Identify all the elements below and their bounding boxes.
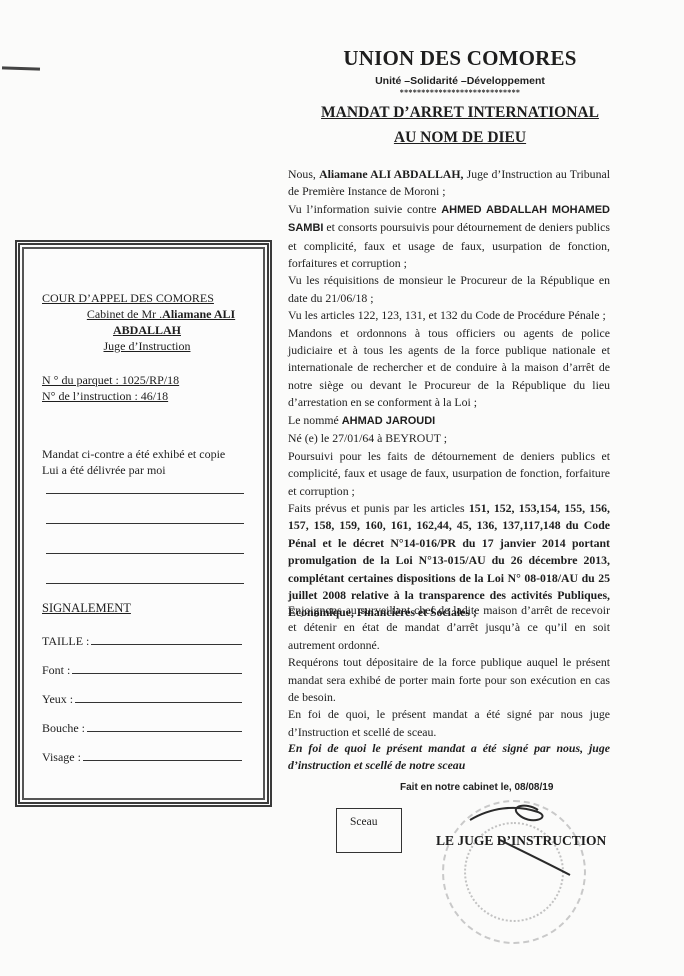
judge-role: Juge d’Instruction — [42, 338, 252, 354]
signature-icon — [460, 800, 580, 880]
sceau-box: Sceau — [336, 808, 402, 853]
judge-paragraph: Nous, Aliamane ALI ABDALLAH, Juge d’Inst… — [288, 166, 610, 201]
enjoin-paragraph: Enjoignons au surveillant chef de ladite… — [288, 602, 610, 654]
exhibit-text-2: Lui a été délivrée par moi — [42, 462, 252, 478]
mandate-closing: En foi de quoi le présent mandat a été s… — [288, 740, 610, 775]
signalement-title: SIGNALEMENT — [42, 600, 252, 616]
birth-line: Né (e) le 27/01/64 à BEYROUT ; — [288, 430, 610, 447]
mandate-body-part2: Le nommé AHMAD JAROUDI Né (e) le 27/01/6… — [288, 412, 610, 622]
parquet-number: N ° du parquet : 1025/RP/18 — [42, 372, 252, 388]
court-name: COUR D’APPEL DES COMORES — [42, 290, 252, 306]
requisitions-paragraph: Vu les réquisitions de monsieur le Procu… — [288, 272, 610, 307]
mandat-subtitle: AU NOM DE DIEU — [290, 128, 630, 147]
field-bouche[interactable]: Bouche : — [42, 707, 252, 736]
country-title: UNION DES COMORES — [290, 46, 630, 71]
instruction-number: N° de l’instruction : 46/18 — [42, 388, 252, 404]
named-person: AHMAD JAROUDI — [342, 415, 436, 427]
information-paragraph: Vu l’information suivie contre AHMED ABD… — [288, 201, 610, 273]
exhibit-text-1: Mandat ci-contre a été exhibé et copie — [42, 446, 252, 462]
mandat-title: MANDAT D’ARRET INTERNATIONAL — [290, 103, 630, 122]
field-taille[interactable]: TAILLE : — [42, 620, 252, 649]
scan-artifact-mark — [2, 66, 40, 70]
field-visage[interactable]: Visage : — [42, 736, 252, 765]
named-person-line: Le nommé AHMAD JAROUDI — [288, 412, 610, 430]
stars-divider: **************************** — [290, 88, 630, 97]
order-paragraph: Mandons et ordonnons à tous officiers ou… — [288, 325, 610, 412]
court-info-content: COUR D’APPEL DES COMORES Cabinet de Mr .… — [42, 290, 252, 765]
cabinet-line: Cabinet de Mr .Aliamane ALI — [42, 306, 252, 322]
in-faith-italic: En foi de quoi le présent mandat a été s… — [288, 740, 610, 775]
mandate-body-part3: Enjoignons au surveillant chef de ladite… — [288, 602, 610, 741]
judge-name: Aliamane ALI ABDALLAH, — [319, 167, 463, 181]
require-paragraph: Requérons tout dépositaire de la force p… — [288, 654, 610, 706]
field-front[interactable]: Font : — [42, 649, 252, 678]
pursued-paragraph: Poursuivi pour les faits de détournement… — [288, 448, 610, 500]
national-motto: Unité –Solidarité –Développement — [290, 75, 630, 87]
cabinet-name-cont: ABDALLAH — [42, 322, 252, 338]
articles-paragraph: Vu les articles 122, 123, 131, et 132 du… — [288, 307, 610, 324]
mandate-body-part1: Nous, Aliamane ALI ABDALLAH, Juge d’Inst… — [288, 166, 610, 412]
sceau-label: Sceau — [350, 816, 377, 828]
document-header: UNION DES COMORES Unité –Solidarité –Dév… — [290, 46, 630, 147]
field-yeux[interactable]: Yeux : — [42, 678, 252, 707]
court-info-box: COUR D’APPEL DES COMORES Cabinet de Mr .… — [15, 240, 272, 807]
done-at-date: Fait en notre cabinet le, 08/08/19 — [400, 782, 553, 793]
in-faith-paragraph: En foi de quoi, le présent mandat a été … — [288, 706, 610, 741]
